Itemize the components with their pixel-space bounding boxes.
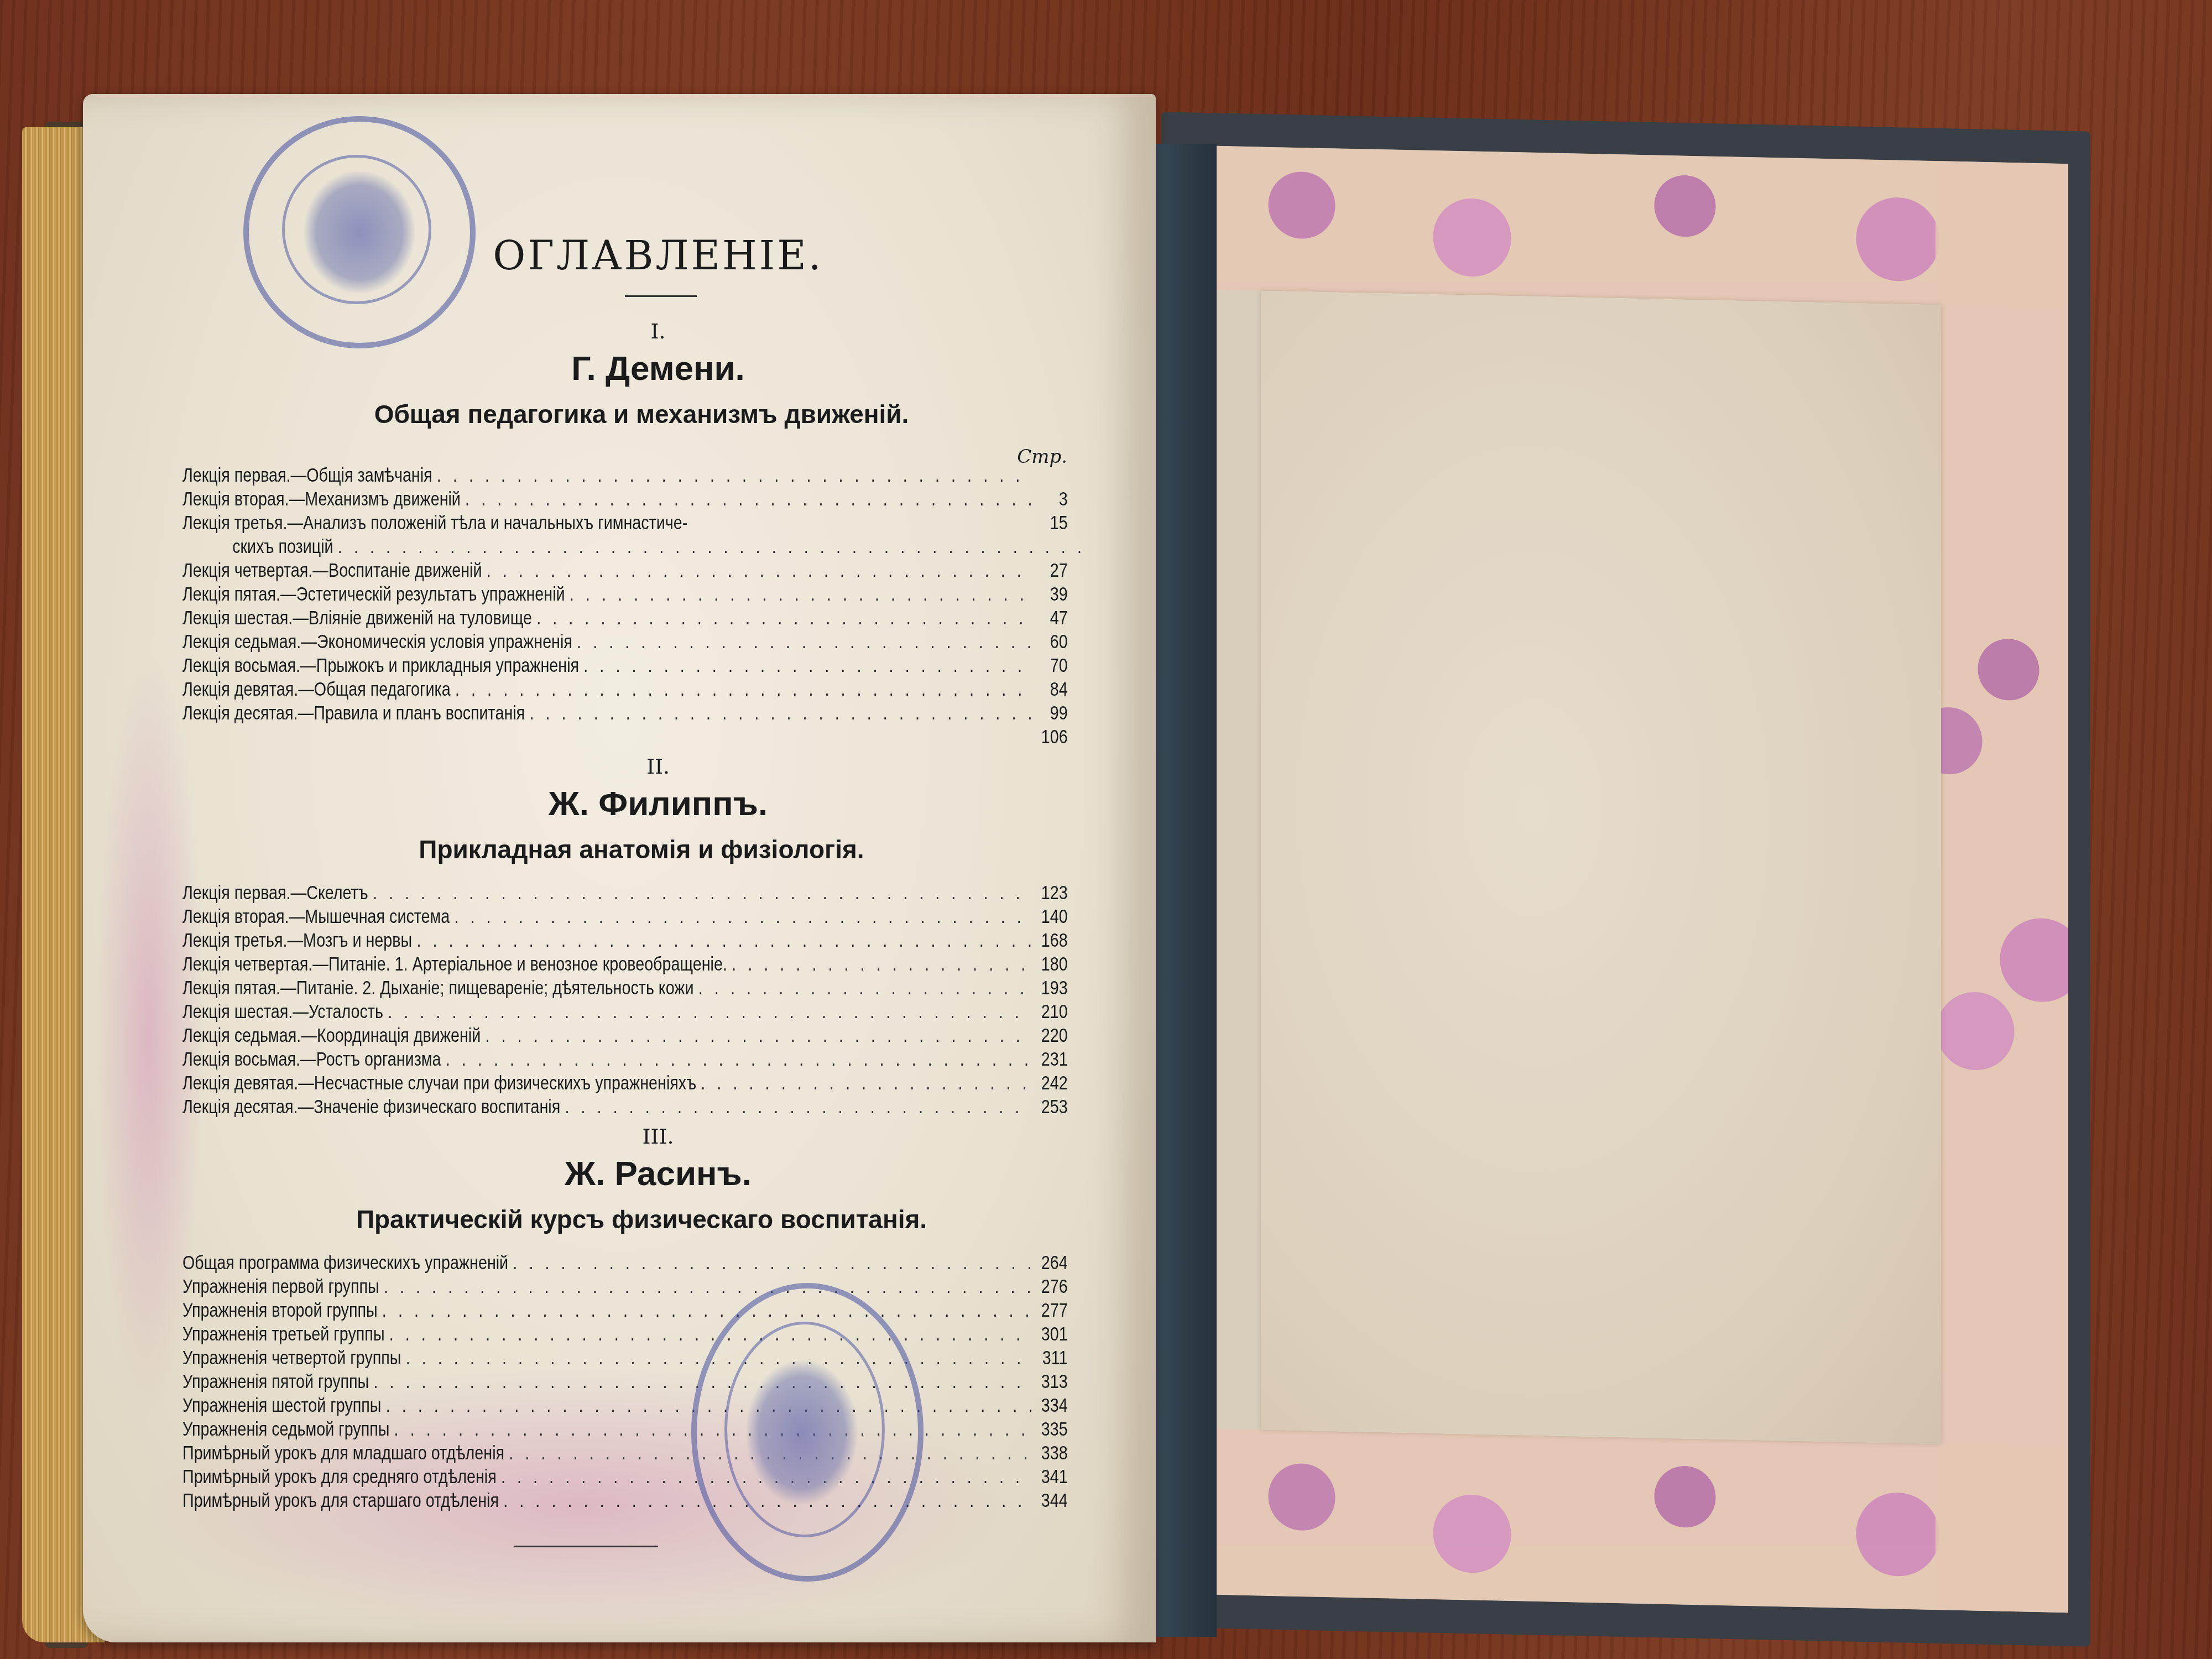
page-number: 335	[1036, 1417, 1067, 1441]
page-number: 242	[1036, 1071, 1067, 1095]
leader-dots	[485, 1024, 1031, 1047]
page-number: 168	[1036, 928, 1067, 952]
toc-entry[interactable]: Лекція девятая.—Общая педагогика84	[182, 677, 1068, 701]
page-title: ОГЛАВЛЕНІЕ.	[249, 232, 1067, 279]
leader-dots	[382, 1298, 1031, 1322]
toc-entry[interactable]: Упражненія седьмой группы335	[182, 1417, 1068, 1441]
toc-entry[interactable]: Примѣрный урокъ для средняго отдѣленія34…	[182, 1465, 1068, 1489]
marbled-endpaper	[1217, 146, 2068, 1613]
section-number: III.	[249, 1124, 1067, 1149]
toc-entry[interactable]: Лекція первая.—Скелетъ123	[182, 881, 1068, 905]
page-number: 70	[1036, 654, 1067, 677]
toc-entry[interactable]: Лекція четвертая.—Питаніе. 1. Артеріальн…	[182, 952, 1068, 976]
page-number: 264	[1036, 1251, 1067, 1275]
page-number: 334	[1036, 1394, 1067, 1417]
section-author: Ж. Филиппъ.	[249, 784, 1067, 823]
toc-entry[interactable]: Лекція десятая.—Значеніе физическаго вос…	[182, 1095, 1068, 1119]
leader-dots	[454, 905, 1031, 928]
leader-dots	[465, 487, 1031, 511]
toc-entry[interactable]: Лекція пятая.—Эстетическій результатъ уп…	[182, 582, 1068, 606]
page-number: 60	[1036, 630, 1067, 654]
leader-dots	[338, 535, 1081, 559]
entry-list: Общая программа физическихъ упражненій26…	[182, 1251, 1067, 1512]
page-number: 123	[1036, 881, 1067, 905]
entry-list: Лекція первая.—Общія замѣчанія Лекція вт…	[182, 463, 1067, 749]
page-number: 341	[1036, 1465, 1067, 1489]
toc-entry[interactable]: Лекція третья.—Анализъ положеній тѣла и …	[182, 511, 1068, 535]
title-divider	[625, 295, 697, 297]
page-number: 210	[1036, 1000, 1067, 1024]
leader-dots	[446, 1047, 1031, 1071]
leader-dots	[384, 1275, 1031, 1298]
leader-dots	[529, 701, 1031, 725]
leader-dots	[698, 976, 1031, 1000]
toc-entry[interactable]: Упражненія первой группы276	[182, 1275, 1068, 1298]
section-author: Г. Демени.	[249, 349, 1067, 388]
toc-entry-continuation[interactable]: скихъ позицій	[182, 535, 1118, 559]
page-number: 253	[1036, 1095, 1067, 1119]
section-2: II. Ж. Филиппъ. Прикладная анатомія и фи…	[182, 754, 1067, 1119]
toc-entry[interactable]: Упражненія третьей группы301	[182, 1322, 1068, 1346]
page-number: 84	[1036, 677, 1067, 701]
cloth-spine-hinge	[1156, 144, 1217, 1637]
page-number: 277	[1036, 1298, 1067, 1322]
leader-dots	[732, 952, 1031, 976]
stamp-emblem	[747, 1360, 857, 1504]
section-subtitle: Практическій курсъ физическаго воспитані…	[216, 1204, 1067, 1234]
toc-entry[interactable]: Общая программа физическихъ упражненій26…	[182, 1251, 1068, 1275]
toc-entry[interactable]: Лекція шестая.—Вліяніе движеній на тулов…	[182, 606, 1068, 630]
toc-entry[interactable]: Лекція вторая.—Мышечная система140	[182, 905, 1068, 928]
leader-dots	[416, 928, 1031, 952]
closing-divider	[514, 1546, 658, 1547]
toc-entry[interactable]: Лекція вторая.—Механизмъ движеній3	[182, 487, 1068, 511]
leader-dots	[437, 463, 1031, 487]
table-of-contents: ОГЛАВЛЕНІЕ. I. Г. Демени. Общая педагоги…	[182, 232, 1067, 1547]
toc-entry[interactable]: Примѣрный урокъ для младшаго отдѣленія33…	[182, 1441, 1068, 1465]
page-number: 39	[1036, 582, 1067, 606]
toc-entry[interactable]: Лекція девятая.—Несчастные случаи при фи…	[182, 1071, 1068, 1095]
toc-entry[interactable]: Лекція пятая.—Питаніе. 2. Дыханіе; пищев…	[182, 976, 1068, 1000]
page-number: 276	[1036, 1275, 1067, 1298]
section-subtitle: Общая педагогика и механизмъ движеній.	[216, 399, 1067, 429]
toc-entry[interactable]: Лекція третья.—Мозгъ и нервы168	[182, 928, 1068, 952]
toc-entry[interactable]: Упражненія шестой группы334	[182, 1394, 1068, 1417]
toc-entry[interactable]: Лекція первая.—Общія замѣчанія	[182, 463, 1068, 487]
page-number: 106	[1036, 725, 1067, 749]
section-subtitle: Прикладная анатомія и физіологія.	[216, 834, 1067, 864]
page-number: 338	[1036, 1441, 1067, 1465]
entry-list: Лекція первая.—Скелетъ123 Лекція вторая.…	[182, 881, 1067, 1119]
toc-entry[interactable]: Лекція десятая.—Правила и планъ воспитан…	[182, 701, 1068, 725]
page-number: 140	[1036, 905, 1067, 928]
page-number: 231	[1036, 1047, 1067, 1071]
page-number: 27	[1036, 559, 1067, 582]
leader-dots	[570, 582, 1031, 606]
library-stamp-bottom	[691, 1283, 924, 1582]
leader-dots	[513, 1251, 1031, 1275]
leader-dots	[583, 654, 1031, 677]
section-number: II.	[249, 754, 1067, 779]
toc-entry[interactable]: Примѣрный урокъ для старшаго отдѣленія34…	[182, 1489, 1068, 1512]
toc-entry[interactable]: Лекція шестая.—Усталость210	[182, 1000, 1068, 1024]
page-number: 47	[1036, 606, 1067, 630]
blank-pastedown-sheet	[1261, 291, 1941, 1444]
toc-entry[interactable]: Лекція четвертая.—Воспитаніе движеній27	[182, 559, 1068, 582]
leader-dots	[373, 881, 1031, 905]
toc-entry[interactable]: Упражненія пятой группы313	[182, 1370, 1068, 1394]
leader-dots	[565, 1095, 1031, 1119]
page-number: 193	[1036, 976, 1067, 1000]
toc-entry[interactable]: Упражненія второй группы277	[182, 1298, 1068, 1322]
toc-entry[interactable]: Лекція восьмая.—Прыжокъ и прикладныя упр…	[182, 654, 1068, 677]
page-number: 3	[1036, 487, 1067, 511]
toc-entry[interactable]: Упражненія четвертой группы311	[182, 1346, 1068, 1370]
leader-dots	[577, 630, 1031, 654]
page-number: 313	[1036, 1370, 1067, 1394]
section-author: Ж. Расинъ.	[249, 1154, 1067, 1193]
page-number: 220	[1036, 1024, 1067, 1047]
leader-dots	[701, 1071, 1031, 1095]
page-number: 99	[1036, 701, 1067, 725]
page-number: 180	[1036, 952, 1067, 976]
leader-dots	[455, 677, 1031, 701]
toc-entry[interactable]: Лекція седьмая.—Координація движеній220	[182, 1024, 1068, 1047]
leader-dots	[536, 606, 1031, 630]
page-number: 344	[1036, 1489, 1067, 1512]
leader-dots	[388, 1000, 1031, 1024]
toc-entry-trailing-page: 106	[182, 725, 1068, 749]
section-number: I.	[249, 319, 1067, 343]
leader-dots	[487, 559, 1031, 582]
page-number: 15	[1036, 511, 1067, 535]
toc-entry[interactable]: Лекція седьмая.—Экономическія условія уп…	[182, 630, 1068, 654]
section-1: I. Г. Демени. Общая педагогика и механиз…	[182, 319, 1067, 749]
page-number: 311	[1036, 1346, 1067, 1370]
marble-pattern-right	[1936, 161, 2068, 1613]
toc-entry[interactable]: Лекція восьмая.—Ростъ организма231	[182, 1047, 1068, 1071]
leader-dots	[389, 1322, 1031, 1346]
section-3: III. Ж. Расинъ. Практическій курсъ физич…	[182, 1124, 1067, 1512]
page-number: 301	[1036, 1322, 1067, 1346]
